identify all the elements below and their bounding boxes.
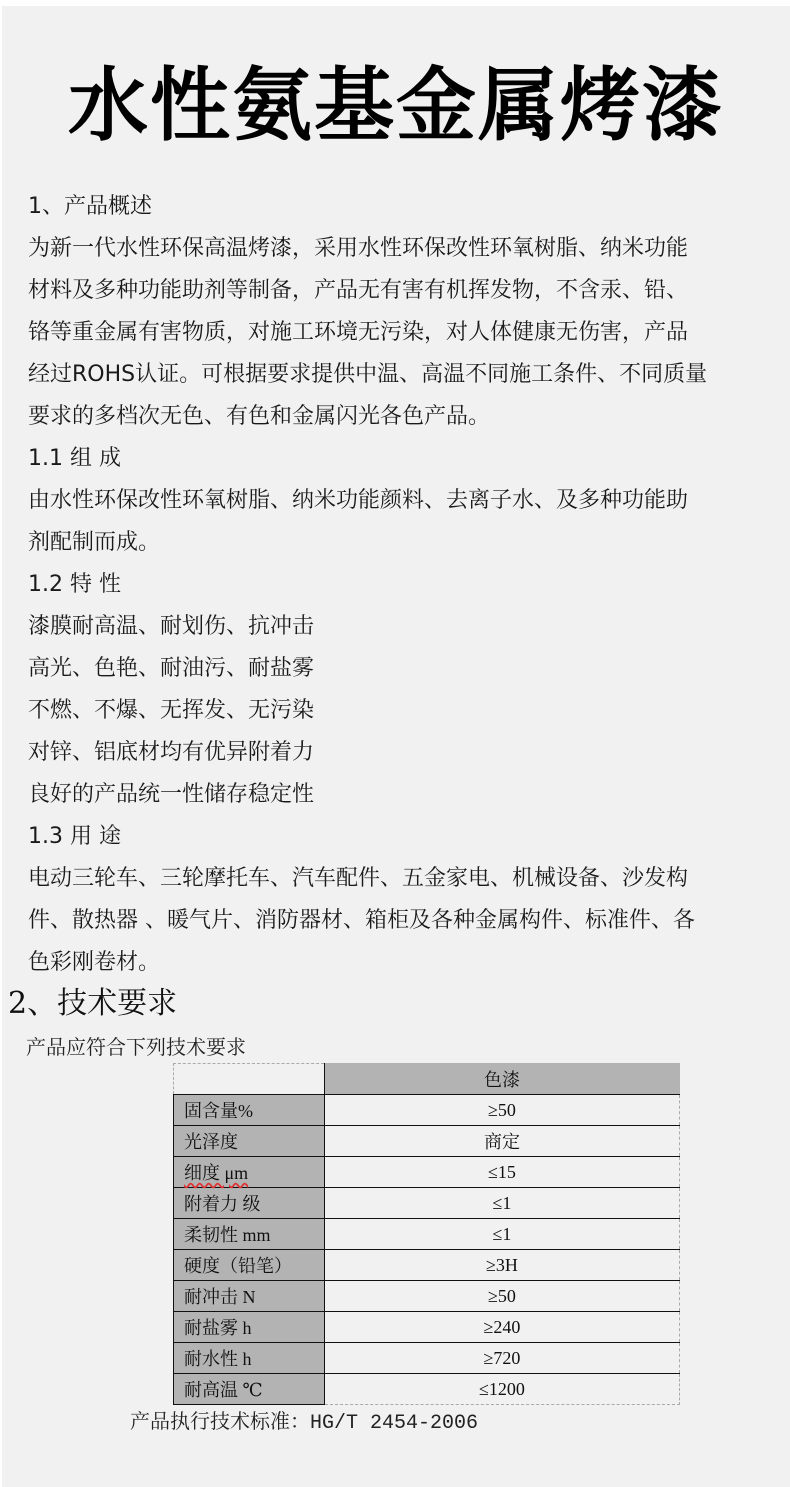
- property-value: ≤1: [325, 1188, 680, 1219]
- tech-requirements-intro: 产品应符合下列技术要求: [26, 1032, 246, 1062]
- property-value: ≥50: [325, 1281, 680, 1312]
- table-row: 细度 μm ≤15: [174, 1157, 680, 1188]
- feature-line: 高光、色艳、耐油污、耐盐雾: [28, 648, 778, 690]
- document-page: 水性氨基金属烤漆 1、产品概述 为新一代水性环保高温烤漆，采用水性环保改性环氧树…: [2, 6, 790, 1487]
- feature-line: 不燃、不爆、无挥发、无污染: [28, 690, 778, 732]
- section-heading-uses: 1.3 用 途: [28, 816, 778, 858]
- property-name: 细度 μm: [174, 1157, 325, 1188]
- uses-line: 电动三轮车、三轮摩托车、汽车配件、五金家电、机械设备、沙发构: [28, 858, 778, 900]
- property-name: 耐水性 h: [174, 1343, 325, 1374]
- overview-line: 铬等重金属有害物质，对施工环境无污染，对人体健康无伤害，产品: [28, 312, 778, 354]
- property-value: ≥3H: [325, 1250, 680, 1281]
- property-name: 附着力 级: [174, 1188, 325, 1219]
- table-row: 耐高温 ℃ ≤1200: [174, 1374, 680, 1405]
- spec-table: 色漆 固含量% ≥50 光泽度 商定 细度 μm ≤15 附着力 级 ≤1 柔韧…: [173, 1063, 680, 1405]
- standard-label: 产品执行技术标准：: [130, 1409, 310, 1433]
- section-heading-features: 1.2 特 性: [28, 564, 778, 606]
- standard-code: HG/T 2454-2006: [310, 1412, 478, 1435]
- spec-table-corner-cell: [174, 1064, 325, 1095]
- property-name: 柔韧性 mm: [174, 1219, 325, 1250]
- overview-line: 经过ROHS认证。可根据要求提供中温、高温不同施工条件、不同质量: [28, 354, 778, 396]
- page-title: 水性氨基金属烤漆: [2, 58, 790, 154]
- property-name: 耐高温 ℃: [174, 1374, 325, 1405]
- property-name: 固含量%: [174, 1095, 325, 1126]
- execution-standard: 产品执行技术标准：HG/T 2454-2006: [130, 1406, 478, 1439]
- table-row: 耐盐雾 h ≥240: [174, 1312, 680, 1343]
- overview-line: 材料及多种功能助剂等制备，产品无有害有机挥发物，不含汞、铅、: [28, 270, 778, 312]
- uses-line: 件、散热器 、暖气片、消防器材、箱柜及各种金属构件、标准件、各: [28, 900, 778, 942]
- feature-line: 漆膜耐高温、耐划伤、抗冲击: [28, 606, 778, 648]
- property-name: 光泽度: [174, 1126, 325, 1157]
- composition-line: 由水性环保改性环氧树脂、纳米功能颜料、去离子水、及多种功能助: [28, 480, 778, 522]
- section-heading-tech-requirements: 2、技术要求: [8, 981, 177, 1027]
- property-value: ≥240: [325, 1312, 680, 1343]
- table-row: 耐水性 h ≥720: [174, 1343, 680, 1374]
- spec-table-header-row: 色漆: [174, 1064, 680, 1095]
- section-heading-composition: 1.1 组 成: [28, 438, 778, 480]
- table-row: 柔韧性 mm ≤1: [174, 1219, 680, 1250]
- feature-line: 对锌、铝底材均有优异附着力: [28, 732, 778, 774]
- property-value: ≤1: [325, 1219, 680, 1250]
- spellcheck-underlined-text: 细度 μm: [184, 1163, 248, 1183]
- table-row: 硬度（铅笔） ≥3H: [174, 1250, 680, 1281]
- table-row: 耐冲击 N ≥50: [174, 1281, 680, 1312]
- composition-line: 剂配制而成。: [28, 522, 778, 564]
- property-value: ≥50: [325, 1095, 680, 1126]
- overview-line: 为新一代水性环保高温烤漆，采用水性环保改性环氧树脂、纳米功能: [28, 228, 778, 270]
- property-name: 耐盐雾 h: [174, 1312, 325, 1343]
- property-name: 硬度（铅笔）: [174, 1250, 325, 1281]
- uses-line: 色彩刚卷材。: [28, 942, 778, 984]
- property-value: ≤15: [325, 1157, 680, 1188]
- table-row: 固含量% ≥50: [174, 1095, 680, 1126]
- table-row: 光泽度 商定: [174, 1126, 680, 1157]
- property-value: 商定: [325, 1126, 680, 1157]
- table-row: 附着力 级 ≤1: [174, 1188, 680, 1219]
- feature-line: 良好的产品统一性储存稳定性: [28, 774, 778, 816]
- overview-line: 要求的多档次无色、有色和金属闪光各色产品。: [28, 396, 778, 438]
- property-name: 耐冲击 N: [174, 1281, 325, 1312]
- property-value: ≤1200: [325, 1374, 680, 1405]
- section-heading-overview: 1、产品概述: [28, 186, 778, 228]
- spec-table-column-header: 色漆: [325, 1064, 680, 1095]
- section-1-body: 1、产品概述 为新一代水性环保高温烤漆，采用水性环保改性环氧树脂、纳米功能 材料…: [28, 186, 778, 984]
- property-value: ≥720: [325, 1343, 680, 1374]
